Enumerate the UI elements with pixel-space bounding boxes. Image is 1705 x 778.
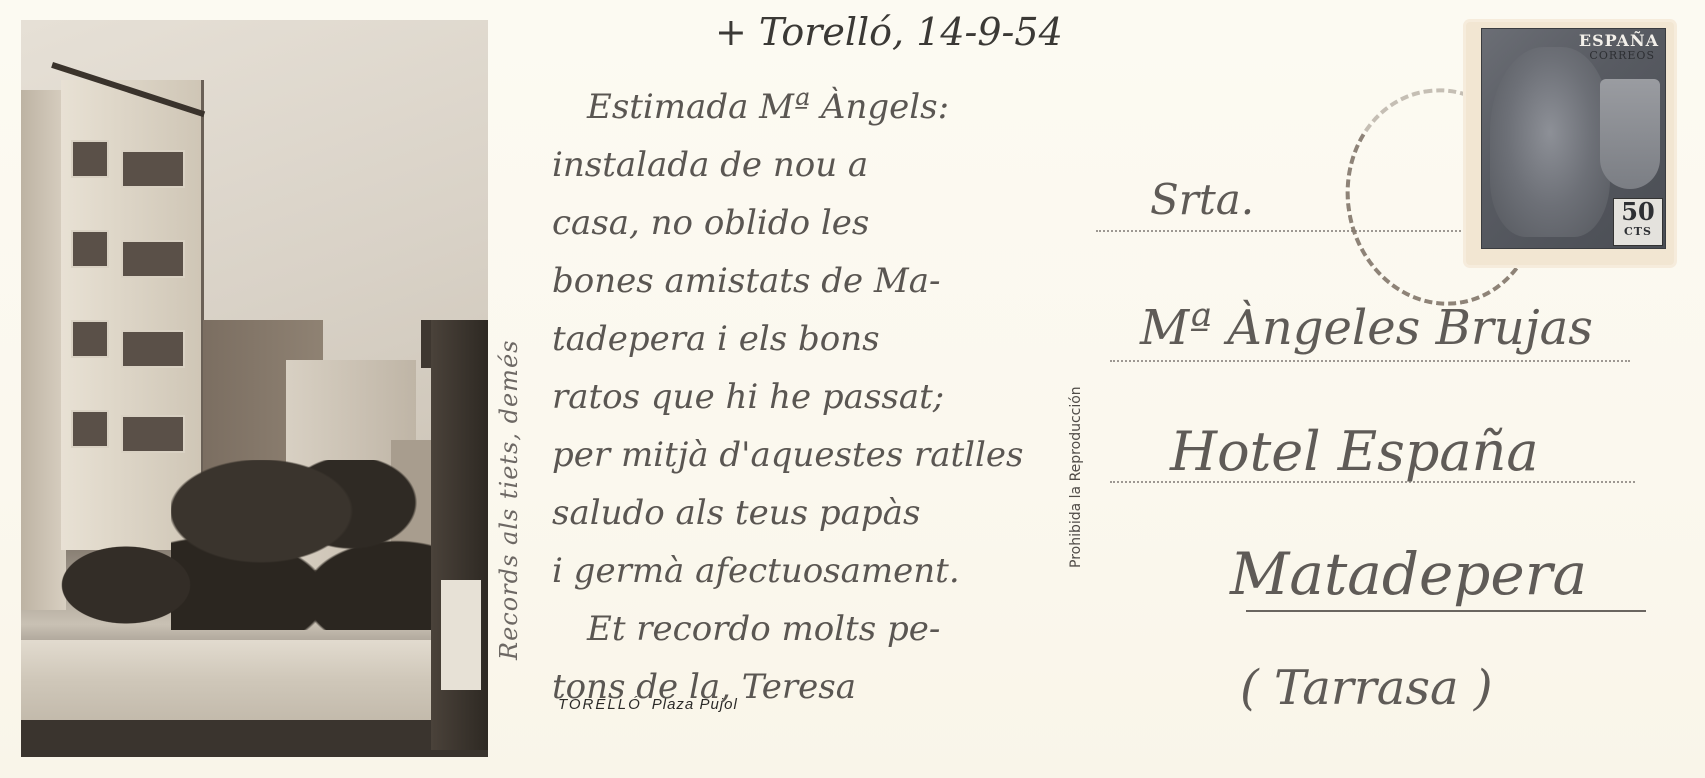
photo-poster — [441, 580, 481, 690]
message-line: casa, no oblido les — [552, 194, 1092, 252]
reproduction-notice: Prohibida la Reproducción — [1068, 386, 1084, 568]
address-title: Srta. — [1150, 175, 1254, 224]
postcard: TORELLÓPlaza Pujol Records als tiets, de… — [0, 0, 1705, 778]
message-line: saludo als teus papàs — [552, 484, 1092, 542]
photo-window — [121, 330, 185, 368]
stamp-coat-of-arms-icon — [1600, 79, 1660, 189]
postcard-photo — [21, 20, 488, 757]
photo-road-shadow — [21, 720, 488, 757]
address-underline — [1246, 610, 1646, 612]
photo-window — [121, 150, 185, 188]
stamp-service: CORREOS — [1589, 49, 1655, 62]
handwritten-message: Estimada Mª Àngels: instalada de nou a c… — [552, 78, 1092, 716]
photo-trees — [171, 460, 471, 630]
photo-window — [71, 230, 109, 268]
photo-window — [71, 140, 109, 178]
stamp-denomination: 50 CTS — [1613, 198, 1663, 246]
message-date-line: + Torelló, 14-9-54 — [715, 10, 1063, 54]
stamp-design: ESPAÑA CORREOS 50 CTS — [1481, 28, 1666, 249]
photo-window — [71, 410, 109, 448]
message-line: tadepera i els bons — [552, 310, 1092, 368]
address-rule — [1110, 360, 1630, 362]
address-region: ( Tarrasa ) — [1240, 660, 1493, 716]
margin-note: Records als tiets, demés — [495, 340, 523, 660]
address-hotel: Hotel España — [1170, 420, 1539, 483]
message-line: Estimada Mª Àngels: — [552, 78, 1092, 136]
photo-window — [71, 320, 109, 358]
stamp-unit: CTS — [1614, 225, 1662, 239]
stamp-country: ESPAÑA — [1579, 31, 1659, 50]
message-line: bones amistats de Ma- — [552, 252, 1092, 310]
stamp-portrait — [1490, 47, 1610, 237]
message-line: ratos que hi he passat; — [552, 368, 1092, 426]
photo-window — [121, 415, 185, 453]
photo-building-left — [21, 90, 66, 610]
message-line: i germà afectuosament. — [552, 542, 1092, 600]
address-recipient: Mª Àngeles Brujas — [1140, 300, 1593, 356]
message-line: per mitjà d'aquestes ratlles — [552, 426, 1092, 484]
message-line: tons de la, Teresa — [552, 658, 1092, 716]
stamp-value: 50 — [1614, 199, 1662, 225]
photo-hedge — [51, 540, 201, 630]
photo-window — [121, 240, 185, 278]
address-town: Matadepera — [1230, 540, 1587, 608]
postage-stamp: ESPAÑA CORREOS 50 CTS — [1466, 22, 1674, 265]
message-line: Et recordo molts pe- — [552, 600, 1092, 658]
message-line: instalada de nou a — [552, 136, 1092, 194]
